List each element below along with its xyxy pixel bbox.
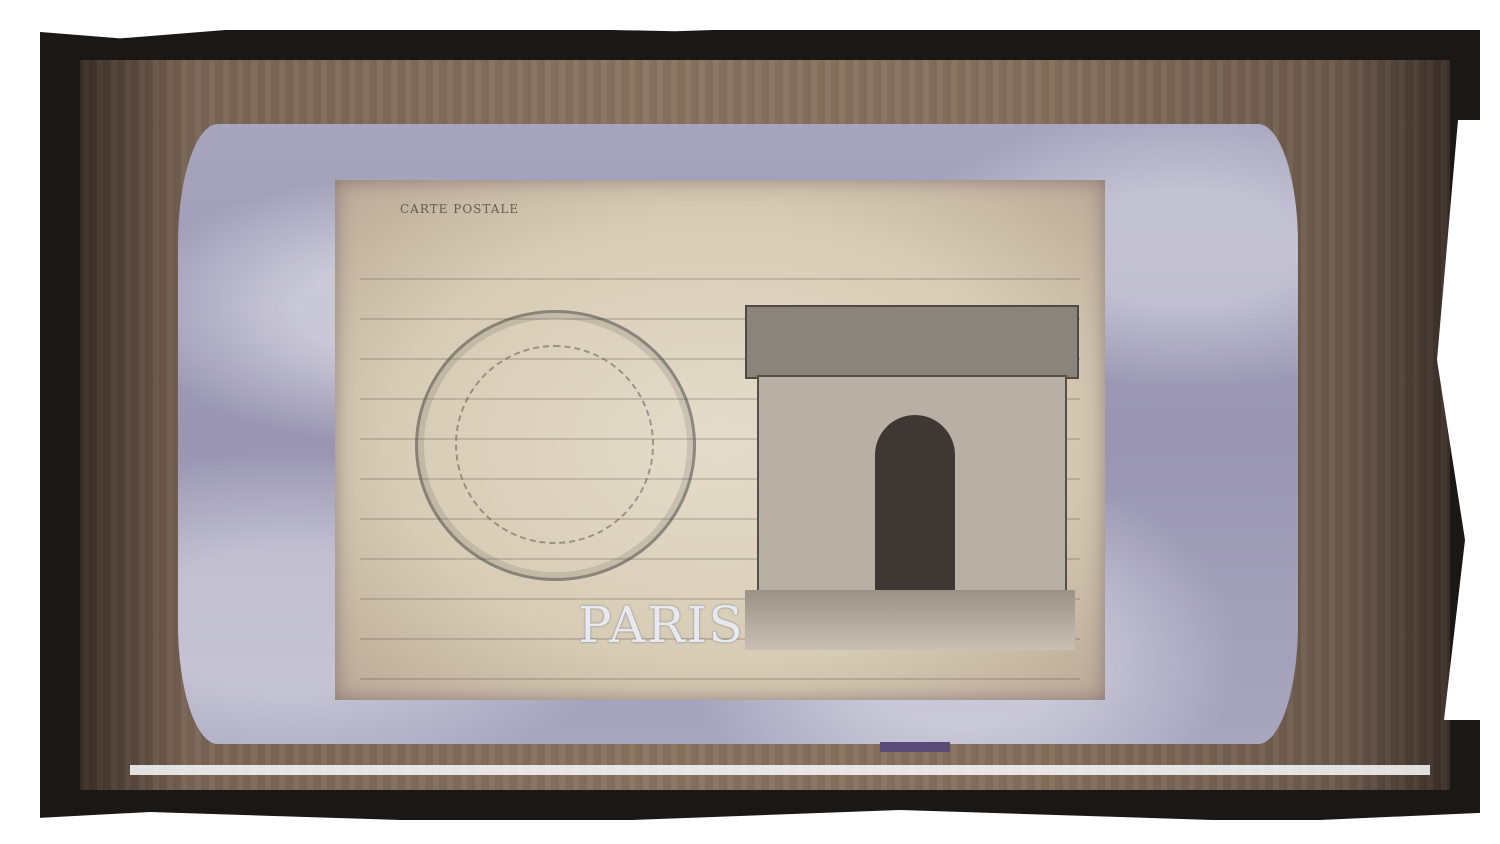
monogram-seal-inner [455, 345, 654, 544]
brush-stripe [130, 765, 1430, 775]
arch-ground [745, 590, 1075, 650]
postcard-header: CARTE POSTALE [400, 202, 519, 216]
arc-de-triomphe-illustration [745, 305, 1075, 650]
arch-opening [875, 415, 955, 590]
arch-attic [745, 305, 1079, 379]
paris-title: PARIS [578, 596, 745, 654]
ribbon-edge [880, 742, 950, 752]
